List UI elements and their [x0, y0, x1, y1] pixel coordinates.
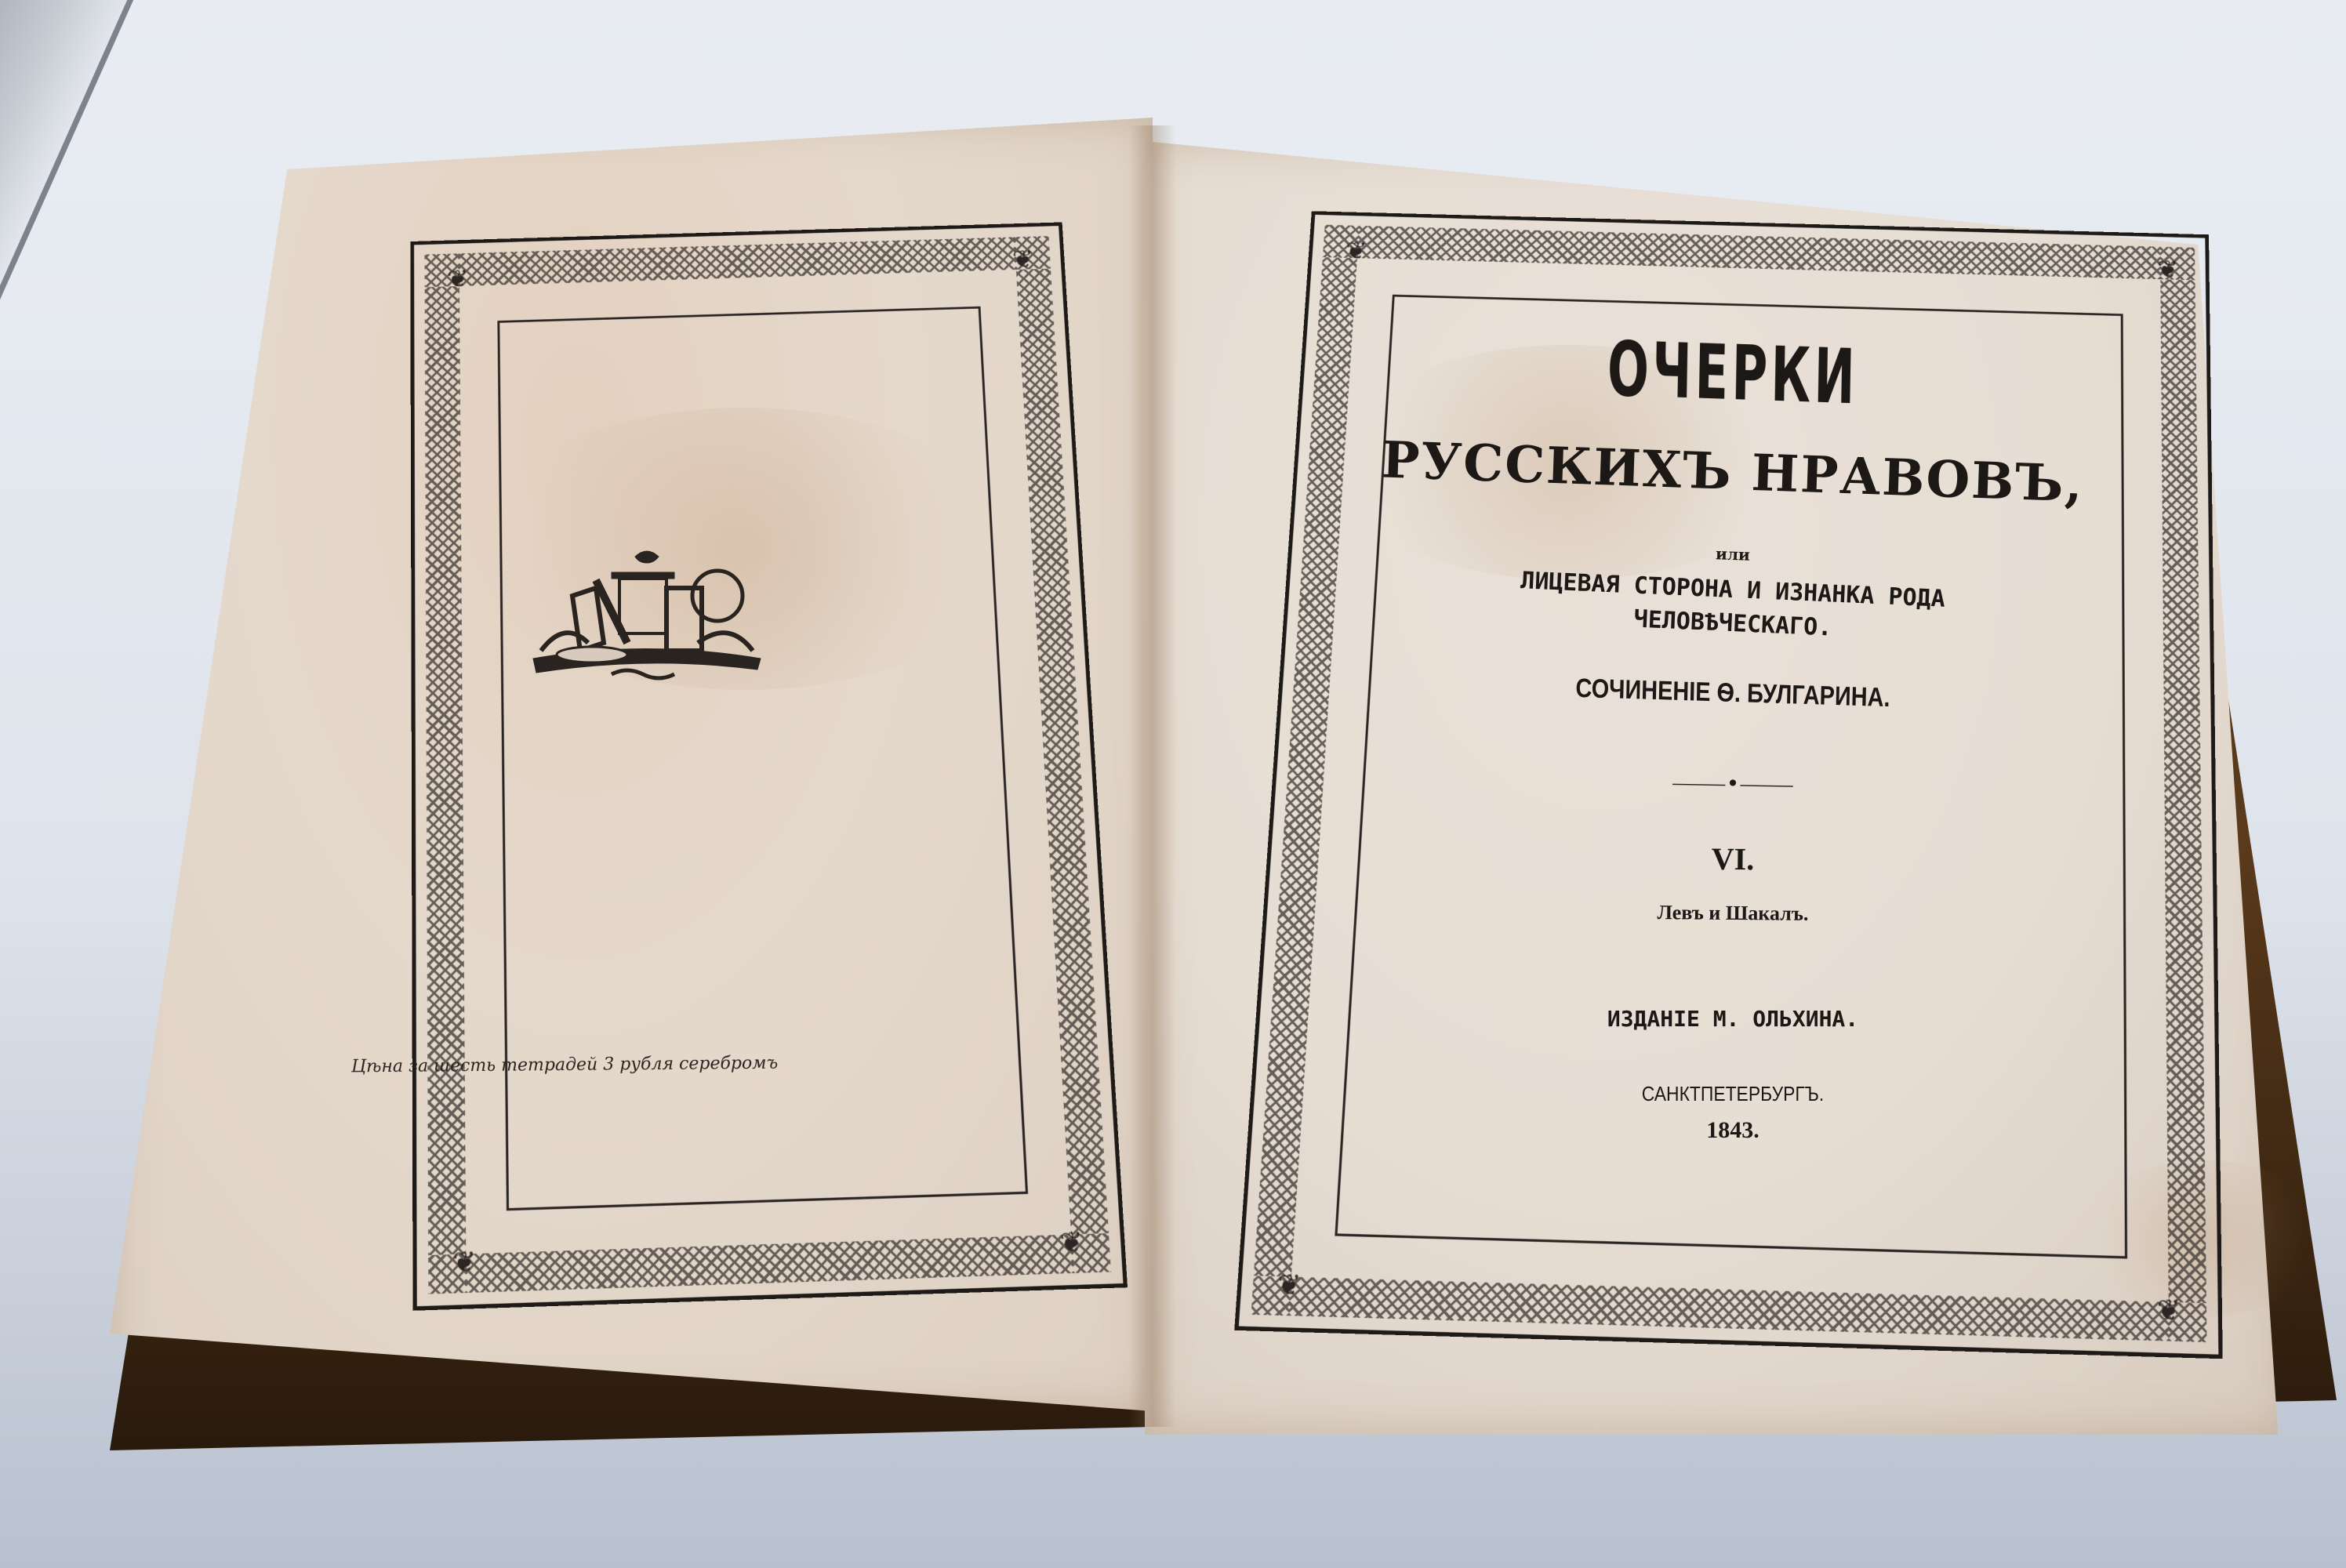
corner-ornament-icon: ❦: [1008, 245, 1039, 274]
volume-number: VI.: [1286, 837, 2180, 881]
imprint-city: САНКТПЕТЕРБУРГЪ.: [1339, 1082, 2126, 1106]
inner-rule: [497, 307, 1028, 1211]
engraved-vignette-icon: [517, 541, 768, 690]
book-gutter: [1129, 125, 1176, 1427]
corner-ornament-icon: ❦: [1055, 1225, 1089, 1260]
corner-ornament-icon: ❦: [448, 1245, 481, 1279]
corner-ornament-icon: ❦: [2152, 1293, 2185, 1327]
corner-ornament-icon: ❦: [1340, 237, 1372, 266]
publisher-line: ИЗДАНІЕ М. ОЛЬХИНА.: [1286, 1006, 2180, 1032]
corner-ornament-icon: ❦: [1272, 1268, 1307, 1302]
window-frame: [0, 0, 147, 329]
imprint-year: 1843.: [1286, 1117, 2180, 1144]
corner-ornament-icon: ❦: [2153, 255, 2184, 284]
left-page-border: ❦ ❦ ❦ ❦: [410, 222, 1128, 1310]
price-line: Цѣна за шесть тетрадей 3 рубля серебромъ: [345, 1054, 784, 1077]
corner-ornament-icon: ❦: [443, 264, 474, 293]
